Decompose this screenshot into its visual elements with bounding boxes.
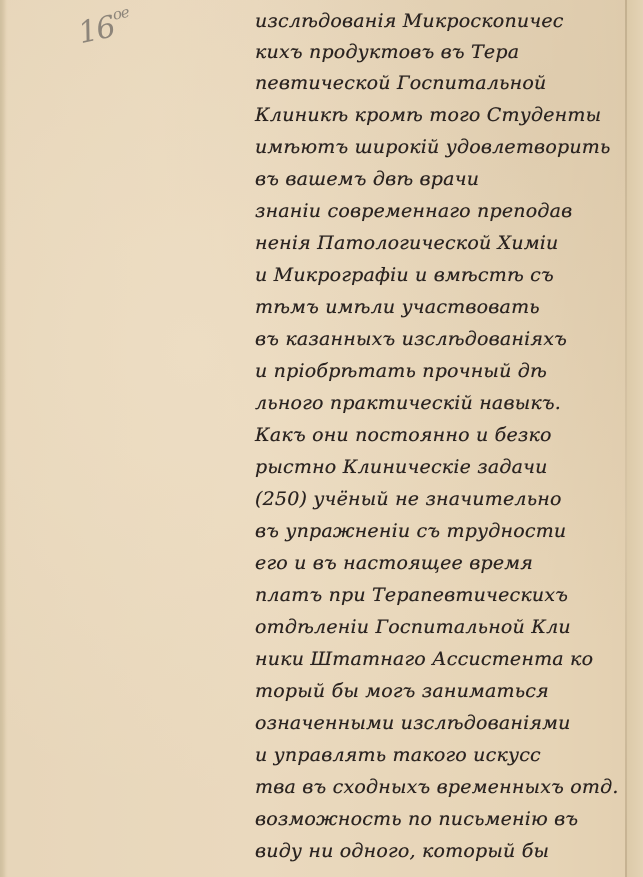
text-line: возможность по письменію въ	[255, 808, 578, 830]
text-line: (250) учёный не значительно	[255, 488, 562, 510]
text-line: и Микрографіи и вмѣстѣ съ	[255, 264, 554, 286]
text-line: его и въ настоящее время	[255, 552, 533, 574]
text-line: тва въ сходныхъ временныхъ отд.	[255, 776, 619, 798]
text-line: въ казанныхъ изслѣдованіяхъ	[255, 328, 567, 350]
text-line: изслѣдованія Микроскопичес	[255, 10, 564, 32]
text-line: тѣмъ имѣли участвовать	[255, 296, 540, 318]
text-line: въ вашемъ двѣ врачи	[255, 168, 479, 190]
page-fold-margin	[627, 0, 643, 877]
text-line: знаніи современнаго преподав	[255, 200, 572, 222]
text-line: и управлять такого искусс	[255, 744, 541, 766]
text-line: рыстно Клиническіе задачи	[255, 456, 548, 478]
text-line: певтической Госпитальной	[255, 72, 546, 94]
text-line: ненія Патологической Химіи	[255, 232, 559, 254]
page-left-edge	[0, 0, 6, 877]
text-line: кихъ продуктовъ въ Тера	[255, 41, 519, 63]
text-line: ники Штатнаго Ассистента ко	[255, 648, 593, 670]
text-line: Какъ они постоянно и безко	[255, 424, 552, 446]
text-line: и пріобрѣтать прочный дѣ	[255, 360, 547, 382]
text-line: имѣютъ широкій удовлетворить	[255, 136, 611, 158]
page-number-superscript: ое	[111, 3, 130, 24]
text-line: виду ни одного, который бы	[255, 840, 549, 862]
text-line: отдѣленіи Госпитальной Кли	[255, 616, 571, 638]
text-line: льного практическій навыкъ.	[255, 392, 561, 414]
text-line: платъ при Терапевтическихъ	[255, 584, 568, 606]
text-line: означенными изслѣдованіями	[255, 712, 571, 734]
page-number-value: 16	[75, 9, 118, 51]
page-number: 16ое	[75, 3, 135, 51]
text-line: торый бы могъ заниматься	[255, 680, 549, 702]
text-line: Клиникѣ кромѣ того Студенты	[255, 104, 601, 126]
manuscript-page: 16ое изслѣдованія Микроскопичес кихъ про…	[0, 0, 643, 877]
text-line: въ упражненіи съ трудности	[255, 520, 566, 542]
